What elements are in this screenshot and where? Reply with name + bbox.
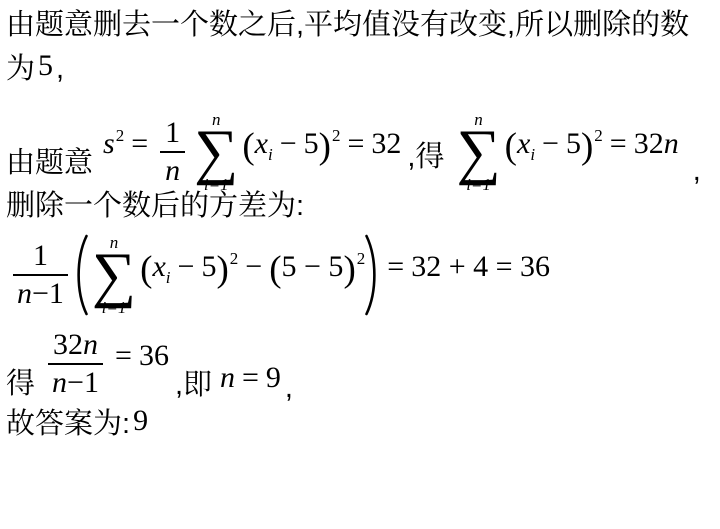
line2-prefix: 为 (6, 53, 35, 85)
f3-close-paren: ) (216, 249, 228, 290)
f3-result: 32 + 4 = 36 (411, 250, 550, 283)
f1-exponent: 2 (332, 126, 341, 145)
answer-row: 故答案为:9 (6, 406, 151, 442)
conclusion-row: 得 32nn−1=36 ,即 n=9 , (6, 322, 293, 406)
f3-close-paren-2: ) (343, 249, 355, 290)
formula-variance-def: s2=1nn∑i=1(xi−5)2=32 (103, 111, 401, 193)
f1-fraction: 1n (160, 118, 185, 186)
f1-body-row: (xi−5)2=32 (242, 129, 401, 159)
f2-body-row: (xi−5)2=32n (505, 129, 679, 159)
f4-den-variable: n (52, 366, 67, 399)
intro-text-line1: 由题意删去一个数之后,平均值没有改变,所以删除的数 (6, 8, 689, 43)
n-variable: n (220, 361, 235, 394)
line3-comma: , (693, 154, 701, 189)
f3-x-subscript: i (166, 268, 171, 287)
f3-big-close-paren (364, 233, 381, 317)
f3-sum-lower-limit: i=1 (102, 299, 127, 316)
f3-fraction: 1n−1 (13, 241, 68, 309)
n-value: 9 (266, 361, 281, 394)
f3-big-open-paren (72, 233, 89, 317)
f3-body-row: (xi−5)2−(5 − 5)2 (140, 252, 365, 282)
sigma-symbol: ∑ (194, 128, 238, 176)
f3-denominator: n−1 (13, 276, 68, 309)
f4-result-row: =36 (108, 341, 169, 371)
f4-numerator: 32n (48, 330, 103, 365)
f1-s-exponent: 2 (116, 126, 125, 145)
answer-label: 故答案为: (6, 408, 130, 440)
f2-equals: = (610, 127, 627, 160)
f2-x-subscript: i (530, 145, 535, 164)
sigma-symbol: ∑ (92, 251, 136, 299)
f3-summation: n∑i=1 (92, 234, 136, 316)
sigma-symbol: ∑ (456, 128, 500, 176)
line6-lead: 得 (6, 367, 35, 402)
f1-close-paren: ) (319, 126, 331, 167)
f4-equals: = (115, 339, 132, 372)
f1-summation: n∑i=1 (194, 111, 238, 193)
line2-comma: , (56, 53, 64, 85)
f3-numerator: 1 (13, 241, 68, 276)
f2-minus: − (542, 127, 559, 160)
f4-den-rest: −1 (67, 366, 99, 399)
f1-equals-1: = (131, 127, 148, 160)
f4-denominator: n−1 (48, 365, 103, 398)
f1-denominator: n (160, 153, 185, 186)
intro-text-line2: 为5, (6, 51, 64, 87)
f1-x-subscript: i (268, 145, 273, 164)
f3-result-row: =32 + 4 = 36 (380, 252, 550, 282)
answer-value: 9 (130, 404, 151, 437)
f3-minus: − (178, 250, 195, 283)
f1-minus: − (280, 127, 297, 160)
line6-connector: ,即 (175, 368, 212, 403)
f2-five: 5 (566, 127, 581, 160)
f2-summation: n∑i=1 (456, 111, 500, 193)
deleted-number-value: 5 (35, 49, 56, 82)
f3-open-paren: ( (140, 249, 152, 290)
f2-result-variable: n (664, 127, 679, 160)
f3-open-paren-2: ( (269, 249, 281, 290)
f1-open-paren: ( (242, 126, 254, 167)
f3-five: 5 (201, 250, 216, 283)
f4-fraction: 32nn−1 (48, 330, 103, 398)
f1-result: 32 (371, 127, 401, 160)
f1-s: s (103, 127, 115, 160)
n-equals: = (242, 361, 259, 394)
f3-den-variable: n (17, 277, 32, 310)
line3-lead: 由题意 (6, 146, 93, 181)
f1-equals-2: = (347, 127, 364, 160)
f3-exponent-2: 2 (357, 249, 366, 268)
solution-document: 由题意删去一个数之后,平均值没有改变,所以删除的数 为5, 由题意 s2=1nn… (0, 0, 720, 529)
f3-x: x (152, 250, 165, 283)
f3-exponent: 2 (230, 249, 239, 268)
f1-lhs-row: s2= (103, 129, 155, 159)
f2-sum-lower-limit: i=1 (466, 176, 491, 193)
f2-result: 32 (634, 127, 664, 160)
f2-close-paren: ) (581, 126, 593, 167)
f2-open-paren: ( (505, 126, 517, 167)
variance-label-text: 删除一个数后的方差为: (6, 189, 304, 224)
line6-comma: , (285, 371, 293, 406)
f4-num-coefficient: 32 (53, 328, 83, 361)
f3-den-rest: −1 (32, 277, 64, 310)
f4-num-variable: n (83, 328, 98, 361)
f2-exponent: 2 (594, 126, 603, 145)
f1-numerator: 1 (160, 118, 185, 153)
formula-sum-result: n∑i=1(xi−5)2=32n (452, 111, 678, 193)
f1-x: x (255, 127, 268, 160)
f2-x: x (517, 127, 530, 160)
f3-equals: = (387, 250, 404, 283)
formula-deleted-variance: 1n−1n∑i=1(xi−5)2−(5 − 5)2=32 + 4 = 36 (8, 231, 550, 319)
formula-n-equation: 32nn−1=36 (43, 330, 169, 398)
line3-connector: ,得 (407, 140, 444, 175)
f4-result: 36 (139, 339, 169, 372)
f1-five: 5 (304, 127, 319, 160)
n-value-row: n=9 (220, 363, 281, 393)
n-value-equation: n=9 (220, 363, 281, 393)
f3-five-minus-five: 5 − 5 (282, 250, 344, 283)
f3-minus-2: − (245, 250, 262, 283)
